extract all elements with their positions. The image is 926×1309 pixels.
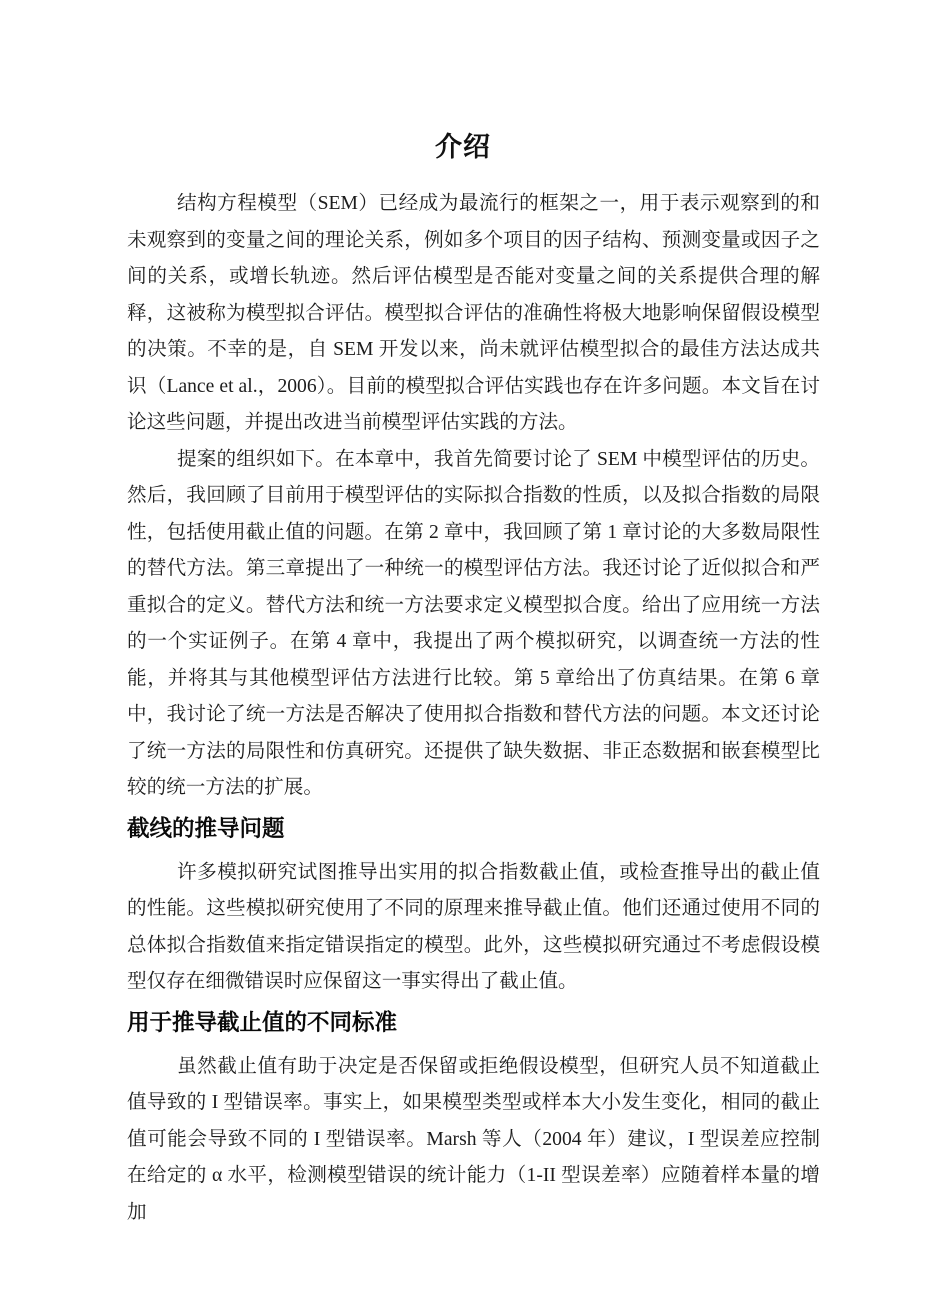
paragraph-type-i-error: 虽然截止值有助于决定是否保留或拒绝假设模型，但研究人员不知道截止值导致的 I 型… xyxy=(127,1049,820,1232)
paragraph-proposal-organization: 提案的组织如下。在本章中，我首先简要讨论了 SEM 中模型评估的历史。然后，我回… xyxy=(127,442,820,807)
section-heading-cutoff-derivation-problem: 截线的推导问题 xyxy=(127,811,820,847)
paragraph-simulation-studies: 许多模拟研究试图推导出实用的拟合指数截止值，或检查推导出的截止值的性能。这些模拟… xyxy=(127,855,820,1001)
paragraph-sem-intro: 结构方程模型（SEM）已经成为最流行的框架之一，用于表示观察到的和未观察到的变量… xyxy=(127,186,820,442)
document-title: 介绍 xyxy=(0,128,926,168)
document-content: 结构方程模型（SEM）已经成为最流行的框架之一，用于表示观察到的和未观察到的变量… xyxy=(0,186,926,1231)
document-page: 介绍 结构方程模型（SEM）已经成为最流行的框架之一，用于表示观察到的和未观察到… xyxy=(0,0,926,1309)
section-heading-different-criteria: 用于推导截止值的不同标准 xyxy=(127,1005,820,1041)
